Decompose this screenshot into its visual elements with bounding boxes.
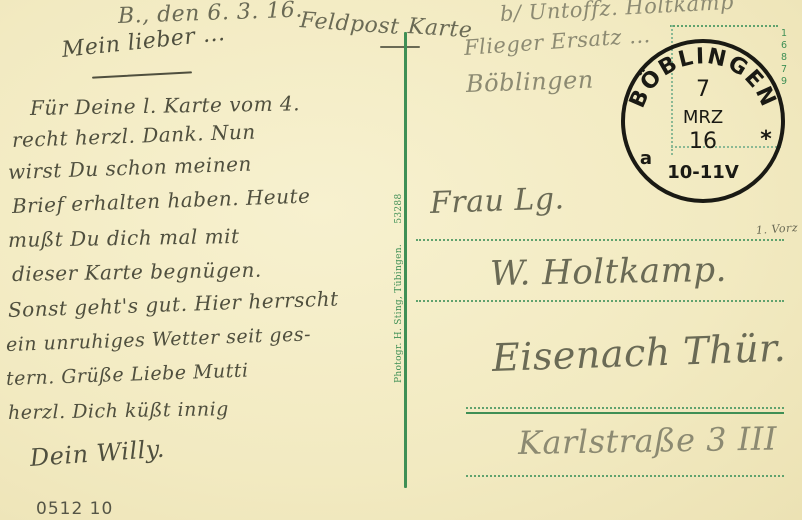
address-line-2 [416, 300, 784, 302]
heading-feldpost: Feldpost [299, 8, 400, 40]
message-line: dieser Karte begnügen. [12, 258, 262, 286]
message-line: recht herzl. Dank. Nun [12, 120, 256, 152]
message-line: mußt Du dich mal mit [8, 224, 240, 252]
message-line: tern. Grüße Liebe Mutti [6, 360, 249, 390]
margin-note: 1. Vorz [756, 221, 799, 237]
closing-signature: Dein Willy. [29, 435, 166, 472]
center-divider [404, 32, 407, 488]
postcard: B., den 6. 3. 16. Mein lieber ... Für De… [0, 0, 802, 520]
salutation-underline [92, 71, 192, 78]
svg-text:7: 7 [696, 77, 710, 102]
message-line: wirst Du schon meinen [8, 151, 253, 183]
catalog-number: 0512 10 [36, 499, 113, 519]
recipient-line: Frau Lg. [429, 181, 565, 221]
postmark-stamp: BÖBLINGEN 7 MRZ 16 10-11V a * [618, 36, 788, 206]
svg-text:MRZ: MRZ [683, 107, 723, 128]
svg-text:10-11V: 10-11V [667, 162, 739, 183]
sender-line: b/ Untoffz. Holtkamp [499, 0, 734, 26]
address-line-3-solid [466, 412, 784, 414]
sender-line: Böblingen [466, 66, 595, 98]
message-line: Sonst geht's gut. Hier herrscht [8, 286, 339, 322]
address-line-4 [466, 475, 784, 477]
message-line: ein unruhiges Wetter seit ges- [6, 323, 312, 356]
message-line: Brief erhalten haben. Heute [12, 184, 311, 218]
heading-underline [380, 46, 420, 48]
address-line-1 [416, 239, 784, 241]
stamp-box-top [670, 25, 778, 27]
message-line: Für Deine l. Karte vom 4. [30, 91, 300, 120]
message-line: herzl. Dich küßt innig [8, 398, 229, 424]
svg-text:a: a [640, 148, 652, 169]
printer-name: Photogr. H. Sting, Tübingen. [394, 244, 404, 383]
printer-imprint: Photogr. H. Sting, Tübingen. 53288 [394, 194, 404, 383]
recipient-line: Karlstraße 3 III [518, 419, 778, 462]
recipient-line: W. Holtkamp. [490, 250, 728, 294]
address-line-3-dotted [466, 407, 784, 409]
printer-number: 53288 [394, 194, 404, 224]
svg-text:*: * [760, 127, 772, 152]
svg-text:16: 16 [689, 129, 717, 154]
recipient-line: Eisenach Thür. [491, 326, 787, 380]
